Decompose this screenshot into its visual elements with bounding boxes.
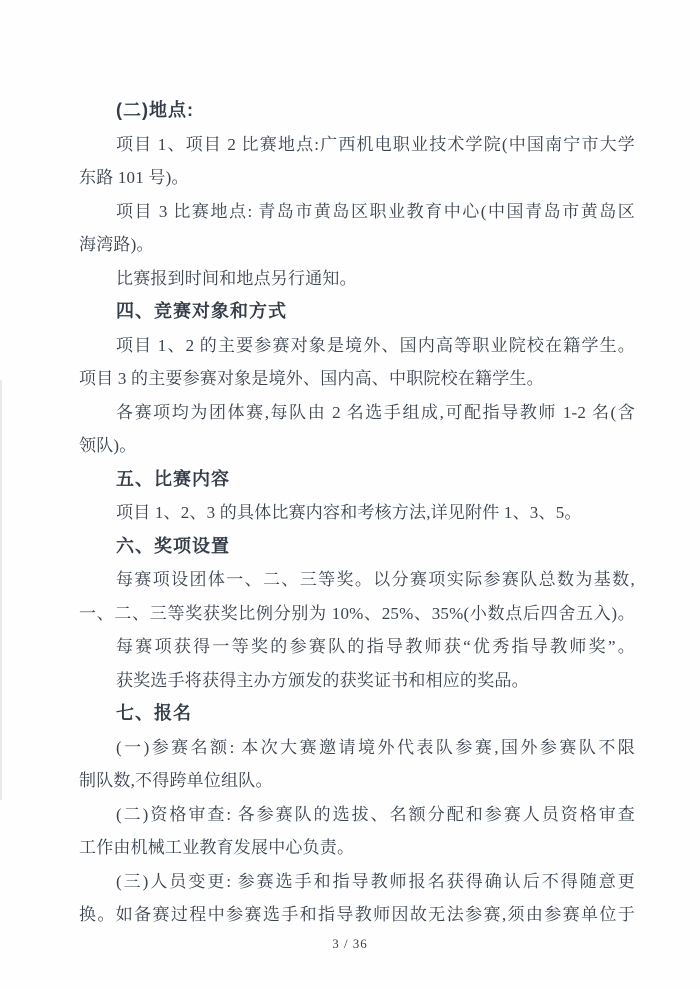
text-line: 项目 1、2 的主要参赛对象是境外、国内高等职业院校在籍学生。 bbox=[79, 329, 635, 363]
text-line: 东路 101 号)。 bbox=[79, 161, 635, 195]
text-line: 每赛项设团体一、二、三等奖。以分赛项实际参赛队总数为基数, bbox=[79, 563, 635, 597]
section-heading: (二)地点: bbox=[79, 94, 635, 128]
scan-artifact-left-edge bbox=[0, 380, 2, 800]
section-heading: 六、奖项设置 bbox=[79, 530, 635, 564]
section-heading: 五、比赛内容 bbox=[79, 463, 635, 497]
text-line: (三)人员变更: 参赛选手和指导教师报名获得确认后不得随意更 bbox=[79, 865, 635, 899]
text-line: 项目 3 比赛地点: 青岛市黄岛区职业教育中心(中国青岛市黄岛区 bbox=[79, 195, 635, 229]
text-line: 海湾路)。 bbox=[79, 228, 635, 262]
text-line: 领队)。 bbox=[79, 429, 635, 463]
text-line: 制队数,不得跨单位组队。 bbox=[79, 764, 635, 798]
text-line: 各赛项均为团体赛,每队由 2 名选手组成,可配指导教师 1-2 名(含 bbox=[79, 396, 635, 430]
text-line: 一、二、三等奖获奖比例分别为 10%、25%、35%(小数点后四舍五入)。 bbox=[79, 597, 635, 631]
text-line: 项目 3 的主要参赛对象是境外、国内高、中职院校在籍学生。 bbox=[79, 362, 635, 396]
text-line: 工作由机械工业教育发展中心负责。 bbox=[79, 831, 635, 865]
text-line: (二)资格审查: 各参赛队的选拔、名额分配和参赛人员资格审查 bbox=[79, 798, 635, 832]
document-content: (二)地点:项目 1、项目 2 比赛地点:广西机电职业技术学院(中国南宁市大学东… bbox=[79, 94, 635, 932]
text-line: 项目 1、项目 2 比赛地点:广西机电职业技术学院(中国南宁市大学 bbox=[79, 128, 635, 162]
text-line: 比赛报到时间和地点另行通知。 bbox=[79, 262, 635, 296]
document-page: (二)地点:项目 1、项目 2 比赛地点:广西机电职业技术学院(中国南宁市大学东… bbox=[0, 0, 700, 989]
text-line: 获奖选手将获得主办方颁发的获奖证书和相应的奖品。 bbox=[79, 664, 635, 698]
page-number-indicator: 3 / 36 bbox=[0, 936, 700, 952]
text-line: (一)参赛名额: 本次大赛邀请境外代表队参赛,国外参赛队不限 bbox=[79, 731, 635, 765]
text-line: 换。如备赛过程中参赛选手和指导教师因故无法参赛,须由参赛单位于 bbox=[79, 898, 635, 932]
section-heading: 七、报名 bbox=[79, 697, 635, 731]
text-line: 每赛项获得一等奖的参赛队的指导教师获“优秀指导教师奖”。 bbox=[79, 630, 635, 664]
text-line: 项目 1、2、3 的具体比赛内容和考核方法,详见附件 1、3、5。 bbox=[79, 496, 635, 530]
section-heading: 四、竞赛对象和方式 bbox=[79, 295, 635, 329]
